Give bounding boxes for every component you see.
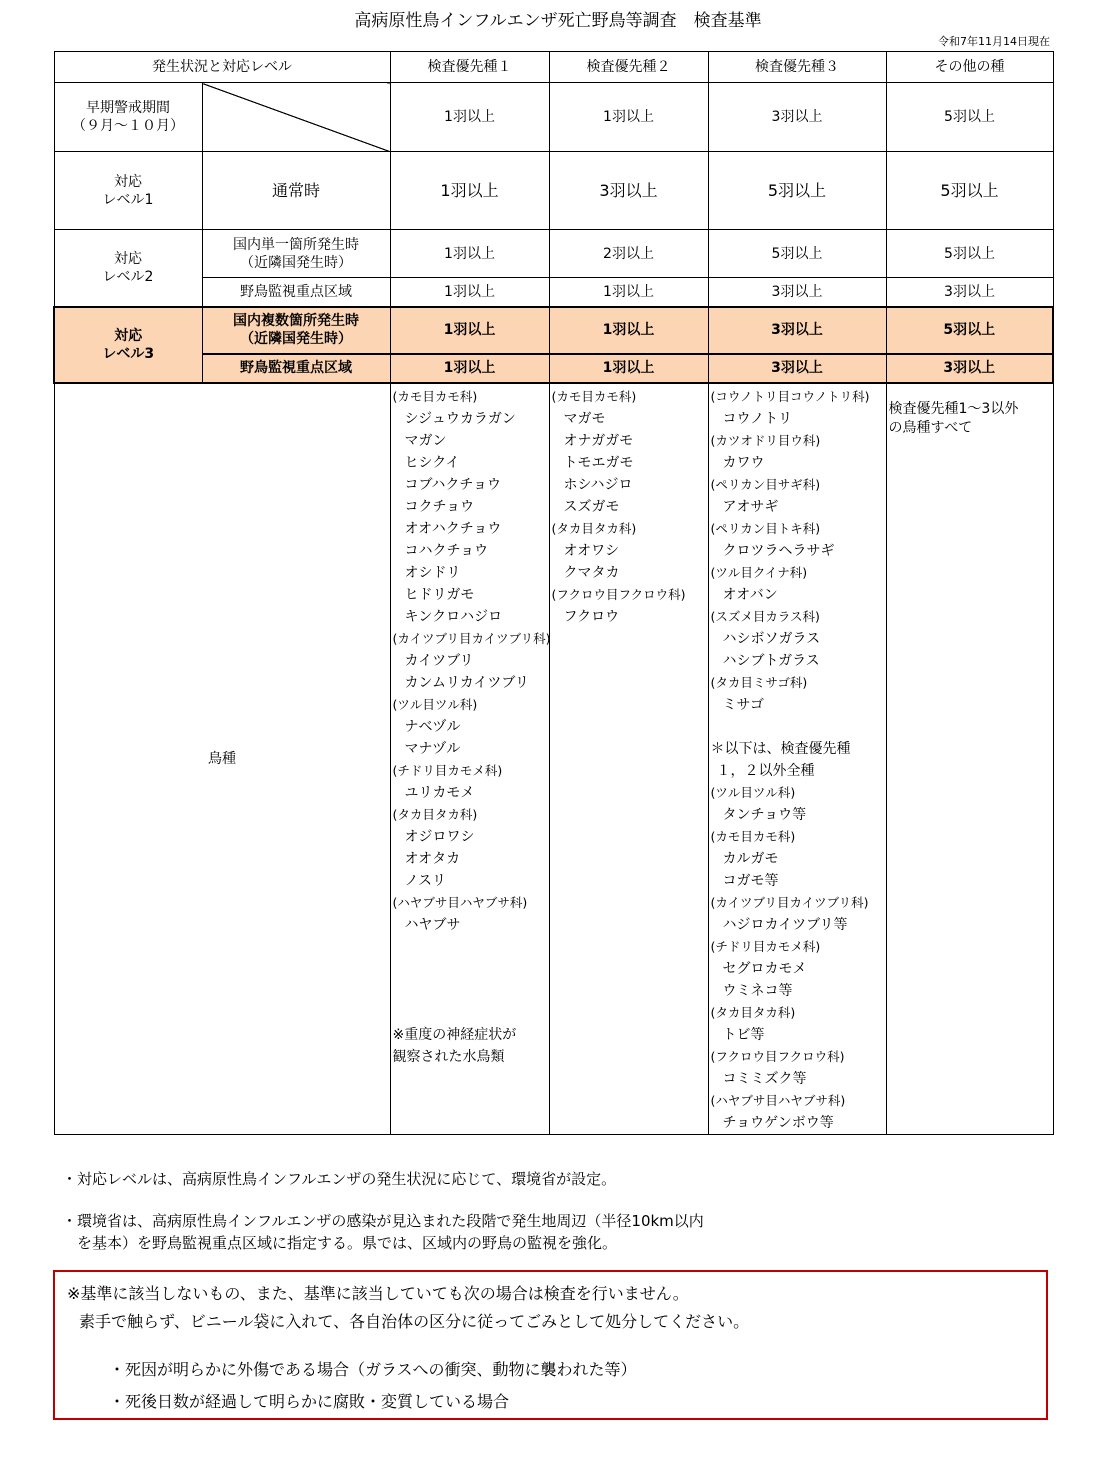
situation-single-domestic: 国内単一箇所発生時 （近隣国発生時）: [202, 230, 390, 278]
situation-multiple-domestic: 国内複数箇所発生時 （近隣国発生時）: [202, 307, 390, 354]
taxon-label: (カモ目カモ科): [393, 386, 549, 408]
row-level-3-domestic: 対応 レベル3 国内複数箇所発生時 （近隣国発生時） 1羽以上 1羽以上 3羽以…: [54, 307, 1053, 354]
species-label: 鳥種: [54, 383, 390, 1135]
taxon-label: (ツル目クイナ科): [711, 562, 886, 584]
cell-value: 3羽以上: [886, 354, 1053, 383]
species-list-priority-1: (カモ目カモ科)シジュウカラガンマガンヒシクイコブハクチョウコクチョウオオハクチ…: [390, 383, 549, 1135]
species-name: マガン: [393, 430, 549, 452]
species-name: ヒドリガモ: [393, 584, 549, 606]
cell-value: 1羽以上: [390, 307, 549, 354]
level-3-label: 対応 レベル3: [54, 307, 202, 383]
row-level-3-zone: 野鳥監視重点区域 1羽以上 1羽以上 3羽以上 3羽以上: [54, 354, 1053, 383]
taxon-label: (ツル目ツル科): [711, 782, 886, 804]
taxon-label: (チドリ目カモメ科): [711, 936, 886, 958]
taxon-label: (ハヤブサ目ハヤブサ科): [393, 892, 549, 914]
species-name: アオサギ: [711, 496, 886, 518]
species-name: ナベヅル: [393, 716, 549, 738]
taxon-label: (タカ目タカ科): [552, 518, 708, 540]
cell-value: 1羽以上: [549, 83, 708, 152]
species-name: ヒシクイ: [393, 452, 549, 474]
taxon-label: (ツル目ツル科): [393, 694, 549, 716]
cell-value: 3羽以上: [708, 307, 886, 354]
early-warning-label: 早期警戒期間 （９月～１０月）: [54, 83, 202, 152]
species-name: ノスリ: [393, 870, 549, 892]
taxon-label: (カモ目カモ科): [711, 826, 886, 848]
species-note: ＊以下は、検査優先種: [711, 738, 886, 760]
species-name: ホシハジロ: [552, 474, 708, 496]
species-name: シジュウカラガン: [393, 408, 549, 430]
taxon-label: (タカ目ミサゴ科): [711, 672, 886, 694]
species-name: クロツラヘラサギ: [711, 540, 886, 562]
species-name: コウノトリ: [711, 408, 886, 430]
taxon-label: (カモ目カモ科): [552, 386, 708, 408]
species-list-other: 検査優先種1～3以外 の鳥種すべて: [886, 383, 1053, 1135]
row-level-1: 対応 レベル1 通常時 1羽以上 3羽以上 5羽以上 5羽以上: [54, 152, 1053, 230]
species-name: ハシボソガラス: [711, 628, 886, 650]
notice-line: ※基準に該当しないもの、また、基準に該当していても次の場合は検査を行いません。: [67, 1280, 1046, 1308]
situation-monitoring-zone: 野鳥監視重点区域: [202, 278, 390, 307]
taxon-label: (スズメ目カラス科): [711, 606, 886, 628]
row-species: 鳥種 (カモ目カモ科)シジュウカラガンマガンヒシクイコブハクチョウコクチョウオオ…: [54, 383, 1053, 1135]
cell-value: 1羽以上: [549, 307, 708, 354]
cell-value: 3羽以上: [549, 152, 708, 230]
cell-value: 5羽以上: [708, 152, 886, 230]
cell-value: 3羽以上: [708, 354, 886, 383]
row-early-warning: 早期警戒期間 （９月～１０月） 1羽以上 1羽以上 3羽以上 5羽以上: [54, 83, 1053, 152]
species-name: カルガモ: [711, 848, 886, 870]
cell-value: 5羽以上: [886, 307, 1053, 354]
species-name: ハシブトガラス: [711, 650, 886, 672]
cell-value: 1羽以上: [390, 278, 549, 307]
species-name: タンチョウ等: [711, 804, 886, 826]
species-name: オジロワシ: [393, 826, 549, 848]
species-name: セグロカモメ: [711, 958, 886, 980]
species-name: チョウゲンボウ等: [711, 1112, 886, 1134]
taxon-label: (カイツブリ目カイツブリ科): [393, 628, 549, 650]
species-note: ※重度の神経症状が: [393, 1024, 549, 1046]
cell-value: 1羽以上: [549, 278, 708, 307]
notice-line: 素手で触らず、ビニール袋に入れて、各自治体の区分に従ってごみとして処分してくださ…: [67, 1308, 1046, 1336]
cell-value: 3羽以上: [708, 83, 886, 152]
taxon-label: (ハヤブサ目ハヤブサ科): [711, 1090, 886, 1112]
situation-normal: 通常時: [202, 152, 390, 230]
cell-value: 1羽以上: [390, 83, 549, 152]
species-name: カンムリカイツブリ: [393, 672, 549, 694]
species-name: クマタカ: [552, 562, 708, 584]
note-bullet: ・環境省は、高病原性鳥インフルエンザの感染が見込まれた段階で発生地周辺（半径10…: [62, 1210, 704, 1254]
notes-section: ・対応レベルは、高病原性鳥インフルエンザの発生状況に応じて、環境省が設定。 ・環…: [62, 1168, 704, 1254]
row-level-2-zone: 野鳥監視重点区域 1羽以上 1羽以上 3羽以上 3羽以上: [54, 278, 1053, 307]
header-other: その他の種: [886, 52, 1053, 83]
species-name: キンクロハジロ: [393, 606, 549, 628]
species-list-priority-3: (コウノトリ目コウノトリ科)コウノトリ(カツオドリ目ウ科)カワウ(ペリカン目サギ…: [708, 383, 886, 1135]
taxon-label: (フクロウ目フクロウ科): [711, 1046, 886, 1068]
level-1-label: 対応 レベル1: [54, 152, 202, 230]
notice-item: ・死因が明らかに外傷である場合（ガラスへの衝突、動物に襲われた等）: [67, 1354, 1046, 1386]
taxon-label: (タカ目タカ科): [711, 1002, 886, 1024]
species-name: コハクチョウ: [393, 540, 549, 562]
situation-monitoring-zone: 野鳥監視重点区域: [202, 354, 390, 383]
as-of-date: 令和7年11月14日現在: [938, 33, 1050, 49]
species-name: コミミズク等: [711, 1068, 886, 1090]
taxon-label: (フクロウ目フクロウ科): [552, 584, 708, 606]
cell-value: 1羽以上: [390, 230, 549, 278]
species-name: カワウ: [711, 452, 886, 474]
taxon-label: (カイツブリ目カイツブリ科): [711, 892, 886, 914]
header-priority-1: 検査優先種１: [390, 52, 549, 83]
species-name: マガモ: [552, 408, 708, 430]
cell-value: 5羽以上: [886, 83, 1053, 152]
species-name: オシドリ: [393, 562, 549, 584]
taxon-label: (コウノトリ目コウノトリ科): [711, 386, 886, 408]
diagonal-empty-cell: [202, 83, 390, 152]
species-name: ウミネコ等: [711, 980, 886, 1002]
species-name: コブハクチョウ: [393, 474, 549, 496]
species-note: １，２以外全種: [711, 760, 886, 782]
header-situation: 発生状況と対応レベル: [54, 52, 390, 83]
cell-value: 2羽以上: [549, 230, 708, 278]
taxon-label: (ペリカン目トキ科): [711, 518, 886, 540]
species-name: オオタカ: [393, 848, 549, 870]
species-name: マナヅル: [393, 738, 549, 760]
taxon-label: (タカ目タカ科): [393, 804, 549, 826]
notice-item: ・死後日数が経過して明らかに腐敗・変質している場合: [67, 1386, 1046, 1418]
species-name: コクチョウ: [393, 496, 549, 518]
species-name: オオバン: [711, 584, 886, 606]
inspection-criteria-table: 発生状況と対応レベル 検査優先種１ 検査優先種２ 検査優先種３ その他の種 早期…: [53, 51, 1054, 1135]
header-priority-3: 検査優先種３: [708, 52, 886, 83]
row-level-2-domestic: 対応 レベル2 国内単一箇所発生時 （近隣国発生時） 1羽以上 2羽以上 5羽以…: [54, 230, 1053, 278]
species-name: オオハクチョウ: [393, 518, 549, 540]
species-list-priority-2: (カモ目カモ科)マガモオナガガモトモエガモホシハジロスズガモ(タカ目タカ科)オオ…: [549, 383, 708, 1135]
exclusion-notice-box: ※基準に該当しないもの、また、基準に該当していても次の場合は検査を行いません。 …: [53, 1270, 1048, 1420]
species-name: ユリカモメ: [393, 782, 549, 804]
taxon-label: (ペリカン目サギ科): [711, 474, 886, 496]
cell-value: 5羽以上: [708, 230, 886, 278]
species-name: オナガガモ: [552, 430, 708, 452]
level-2-label: 対応 レベル2: [54, 230, 202, 307]
species-name: ハヤブサ: [393, 914, 549, 936]
species-name: フクロウ: [552, 606, 708, 628]
species-name: トビ等: [711, 1024, 886, 1046]
species-name: オオワシ: [552, 540, 708, 562]
species-name: スズガモ: [552, 496, 708, 518]
header-priority-2: 検査優先種２: [549, 52, 708, 83]
cell-value: 1羽以上: [390, 354, 549, 383]
taxon-label: (チドリ目カモメ科): [393, 760, 549, 782]
header-row: 発生状況と対応レベル 検査優先種１ 検査優先種２ 検査優先種３ その他の種: [54, 52, 1053, 83]
species-note: 観察された水鳥類: [393, 1046, 549, 1068]
cell-value: 5羽以上: [886, 152, 1053, 230]
species-name: ミサゴ: [711, 694, 886, 716]
species-note: の鳥種すべて: [889, 420, 1053, 436]
species-name: ハジロカイツブリ等: [711, 914, 886, 936]
cell-value: 5羽以上: [886, 230, 1053, 278]
species-name: コガモ等: [711, 870, 886, 892]
cell-value: 3羽以上: [886, 278, 1053, 307]
document-title: 高病原性鳥インフルエンザ死亡野鳥等調査 検査基準: [0, 6, 1116, 31]
cell-value: 1羽以上: [390, 152, 549, 230]
note-bullet: ・対応レベルは、高病原性鳥インフルエンザの発生状況に応じて、環境省が設定。: [62, 1168, 704, 1190]
cell-value: 3羽以上: [708, 278, 886, 307]
species-name: カイツブリ: [393, 650, 549, 672]
taxon-label: (カツオドリ目ウ科): [711, 430, 886, 452]
species-note: 検査優先種1～3以外: [889, 398, 1053, 420]
cell-value: 1羽以上: [549, 354, 708, 383]
species-name: トモエガモ: [552, 452, 708, 474]
